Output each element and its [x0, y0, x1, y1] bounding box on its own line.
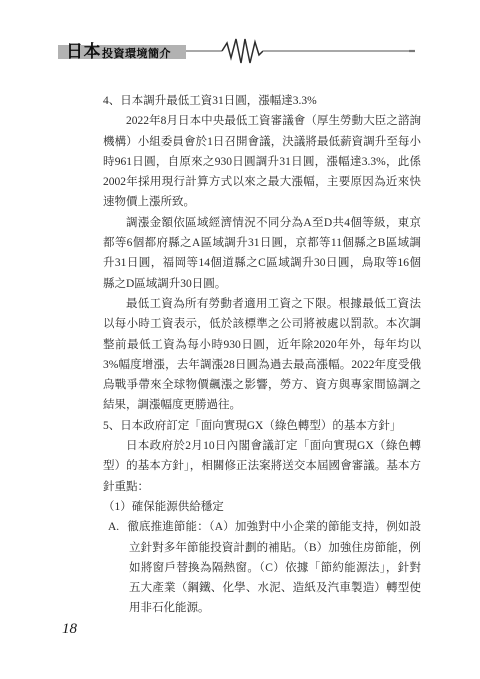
page-number: 18	[62, 621, 77, 638]
header-title-main: 日本	[66, 37, 101, 62]
list-item-a-marker: A.	[108, 521, 119, 533]
section-5-paragraph-1: 日本政府於2月10日內閣會議訂定「面向實現GX（綠色轉型）的基本方針」，相關修正…	[103, 436, 421, 497]
document-page: 日本 投資環境簡介 4、日本調升最低工資31日圓，漲幅達3.3% 2022年8月…	[0, 0, 480, 679]
section-4-paragraph-2: 調漲金額依區域經濟情況不同分為A至D共4個等級，東京都等6個都府縣之A區域調升3…	[103, 213, 421, 294]
section-4-paragraph-1: 2022年8月日本中央最低工資審議會（厚生勞動大臣之諮詢機構）小組委員會於1日召…	[103, 111, 421, 212]
section-4-heading: 4、日本調升最低工資31日圓，漲幅達3.3%	[103, 91, 421, 111]
header-title-sub: 投資環境簡介	[102, 45, 171, 61]
header-title: 日本 投資環境簡介	[66, 37, 171, 62]
heartbeat-zigzag-icon	[222, 39, 263, 63]
list-item-a-text: 徹底推進節能：（A）加強對中小企業的節能支持，例如設立針對多年節能投資計劃的補貼…	[127, 521, 421, 614]
page-body: 4、日本調升最低工資31日圓，漲幅達3.3% 2022年8月日本中央最低工資審議…	[103, 91, 421, 619]
list-item-a: A.徹底推進節能：（A）加強對中小企業的節能支持，例如設立針對多年節能投資計劃的…	[103, 517, 421, 618]
point-1-label: （1）確保能源供給穩定	[103, 497, 421, 517]
section-5-heading: 5、日本政府訂定「面向實現GX（綠色轉型）的基本方針」	[103, 416, 421, 436]
section-4-paragraph-3: 最低工資為所有勞動者適用工資之下限。根據最低工資法以每小時工資表示，低於該標準之…	[103, 294, 421, 416]
